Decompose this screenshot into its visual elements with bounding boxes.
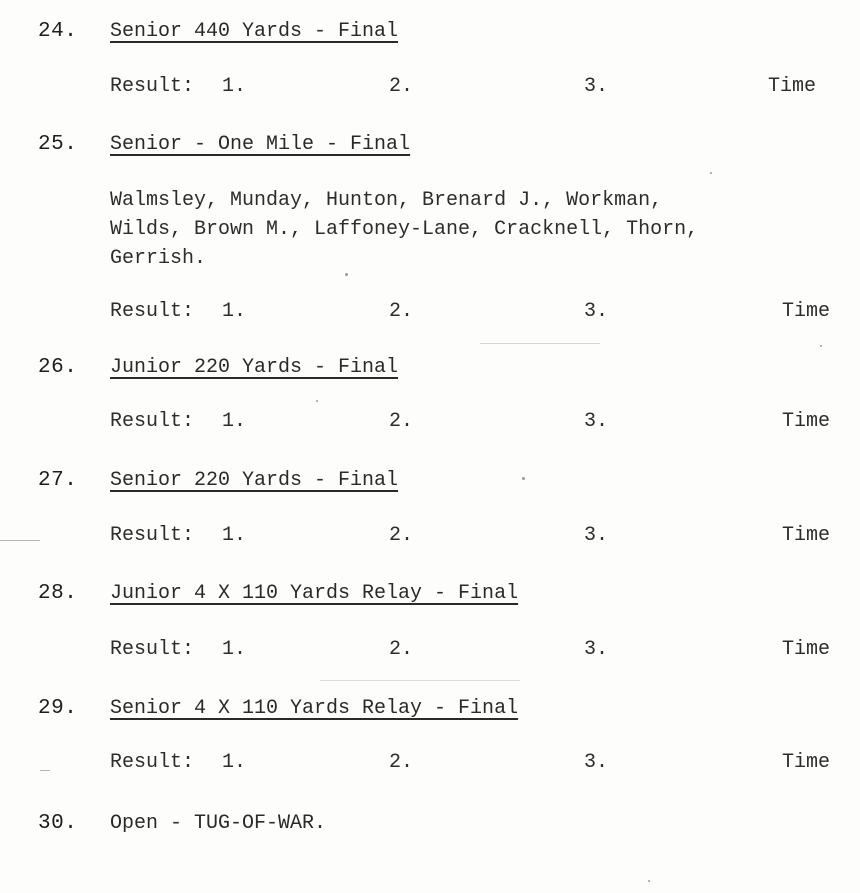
result-label: Result:: [110, 524, 194, 547]
result-label: Result:: [110, 638, 194, 661]
first-place: 1.: [222, 751, 246, 774]
event-title: Senior 4 X 110 Yards Relay - Final: [110, 697, 518, 720]
result-label: Result:: [110, 75, 194, 98]
entrant-list: Walmsley, Munday, Hunton, Brenard J., Wo…: [110, 186, 830, 273]
typewritten-page: 24. Senior 440 Yards - Final Result: 1. …: [0, 0, 860, 893]
first-place: 1.: [222, 75, 246, 98]
event-number: 25.: [38, 133, 77, 156]
third-place: 3.: [584, 638, 608, 661]
time-label: Time: [782, 300, 830, 323]
result-row: Result: 1. 2. 3. Time: [0, 751, 860, 777]
event-title: Senior 440 Yards - Final: [110, 20, 398, 43]
second-place: 2.: [389, 524, 413, 547]
result-row: Result: 1. 2. 3. Time: [0, 410, 860, 436]
time-label: Time: [768, 75, 816, 98]
second-place: 2.: [389, 638, 413, 661]
event-number: 27.: [38, 469, 77, 492]
second-place: 2.: [389, 75, 413, 98]
result-row: Result: 1. 2. 3. Time: [0, 638, 860, 664]
third-place: 3.: [584, 524, 608, 547]
time-label: Time: [782, 410, 830, 433]
scan-speck: [522, 477, 525, 480]
time-label: Time: [782, 524, 830, 547]
event-number: 29.: [38, 697, 77, 720]
event-number: 30.: [38, 812, 77, 835]
first-place: 1.: [222, 300, 246, 323]
second-place: 2.: [389, 410, 413, 433]
scan-speck: [345, 273, 348, 276]
third-place: 3.: [584, 410, 608, 433]
second-place: 2.: [389, 300, 413, 323]
third-place: 3.: [584, 75, 608, 98]
third-place: 3.: [584, 300, 608, 323]
event-number: 24.: [38, 20, 77, 43]
scan-speck: [648, 880, 650, 882]
result-row: Result: 1. 2. 3. Time: [0, 75, 860, 101]
first-place: 1.: [222, 638, 246, 661]
scan-speck: [316, 400, 318, 402]
third-place: 3.: [584, 751, 608, 774]
scan-mark: [40, 770, 50, 771]
event-title: Open - TUG-OF-WAR.: [110, 812, 326, 835]
result-row: Result: 1. 2. 3. Time: [0, 524, 860, 550]
event-title: Junior 4 X 110 Yards Relay - Final: [110, 582, 518, 605]
scan-speck: [710, 172, 712, 174]
event-number: 28.: [38, 582, 77, 605]
event-title: Senior - One Mile - Final: [110, 133, 410, 156]
second-place: 2.: [389, 751, 413, 774]
result-label: Result:: [110, 410, 194, 433]
scan-mark: [320, 680, 520, 681]
scan-mark: [480, 343, 600, 344]
result-label: Result:: [110, 751, 194, 774]
event-title: Junior 220 Yards - Final: [110, 356, 398, 379]
result-row: Result: 1. 2. 3. Time: [0, 300, 860, 326]
event-number: 26.: [38, 356, 77, 379]
result-label: Result:: [110, 300, 194, 323]
first-place: 1.: [222, 410, 246, 433]
scan-speck: [820, 345, 822, 347]
event-title: Senior 220 Yards - Final: [110, 469, 398, 492]
first-place: 1.: [222, 524, 246, 547]
time-label: Time: [782, 638, 830, 661]
scan-mark: [0, 540, 40, 541]
time-label: Time: [782, 751, 830, 774]
